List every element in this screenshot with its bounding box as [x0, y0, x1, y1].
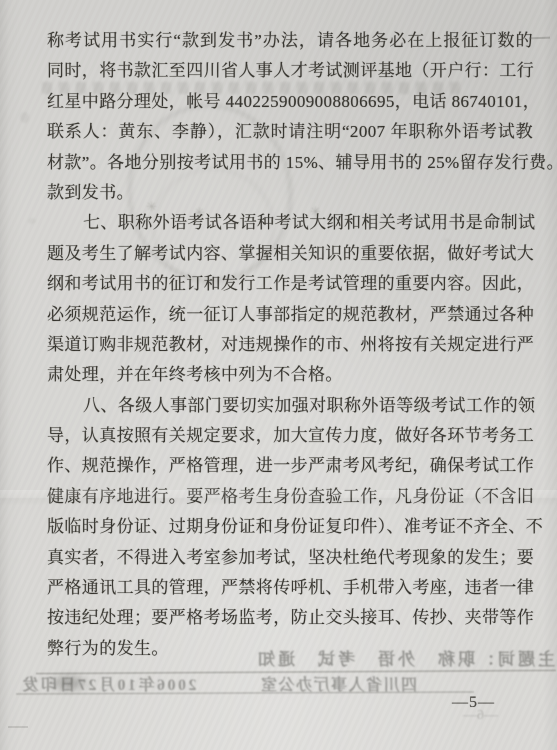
text-line: 题及考生了解考试内容、掌握相关知识的重要依据，做好考试大: [47, 239, 533, 269]
text-line: 真实者，不得进入考室参加考试，坚决杜绝代考现象的发生；要: [47, 543, 533, 573]
text-line: 导，认真按照有关规定要求，加大宣传力度，做好各环节考务工: [47, 421, 533, 451]
scan-artifact: [8, 726, 28, 728]
text-line: 必须规范运作，统一征订人事部指定的规范教材，严禁通过各种: [47, 300, 533, 330]
document-body: 称考试用书实行“款到发书”办法，请各地务必在上报征订数的 同时，将书款汇至四川省…: [47, 26, 533, 664]
bleedthrough-issuer: 四川省人事厅办公室: [259, 672, 417, 692]
text-line: 版临时身份证、过期身份证和身份证复印件）、准考证不齐全、不: [47, 512, 533, 542]
text-line: 肃处理，并在年终考核中列为不合格。: [47, 360, 533, 390]
bleedthrough-issuer-row: 四川省人事厅办公室 2006年10月27日印发: [0, 672, 557, 692]
text-line: 作、规范操作，严格管理，进一步严肃考风考纪，确保考试工作: [47, 451, 533, 481]
text-line: 按违纪处理；要严格考场监考，防止交头接耳、传抄、夹带等作: [47, 603, 533, 633]
text-line: 渠道订购非规范教材，对违规操作的市、州将按有关规定进行严: [47, 330, 533, 360]
paper-crease: [0, 490, 557, 506]
bleedthrough-date: 2006年10月27日印发: [20, 672, 197, 692]
scanned-page: ✳ ✳ ✳ 称考试用书实行“款到发书”办法，请各地务必在上报征订数的 同时，将书…: [0, 0, 557, 750]
scan-artifact: [28, 218, 36, 224]
text-line: 七、职称外语考试各语种考试大纲和相关考试用书是命制试: [47, 208, 533, 238]
scan-artifact: [20, 112, 29, 123]
text-line: 八、各级人事部门要切实加强对职称外语等级考试工作的领: [47, 391, 533, 421]
text-line: 严格通讯工具的管理，严禁将传呼机、手机带入考座，违者一律: [47, 573, 533, 603]
text-line: 称考试用书实行“款到发书”办法，请各地务必在上报征订数的: [47, 26, 533, 56]
text-line: 同时，将书款汇至四川省人事人才考试测评基地（开户行：工行: [47, 56, 533, 86]
text-line: 红星中路分理处，帐号 4402259009008806695，电话 867401…: [47, 87, 533, 117]
text-line: 纲和考试用书的征订和发行工作是考试管理的重要内容。因此，: [47, 269, 533, 299]
bleedthrough-subject-line: 主题词：职称 外语 考试 通知: [0, 645, 557, 665]
text-line: 材款”。各地分别按考试用书的 15%、辅导用书的 25%留存发行费。: [47, 148, 533, 178]
bleedthrough-page-number: —6—: [448, 708, 498, 724]
text-line: 款到发书。: [47, 178, 533, 208]
text-line: 联系人：黄东、李静），汇款时请注明“2007 年职称外语考试教: [47, 117, 533, 147]
